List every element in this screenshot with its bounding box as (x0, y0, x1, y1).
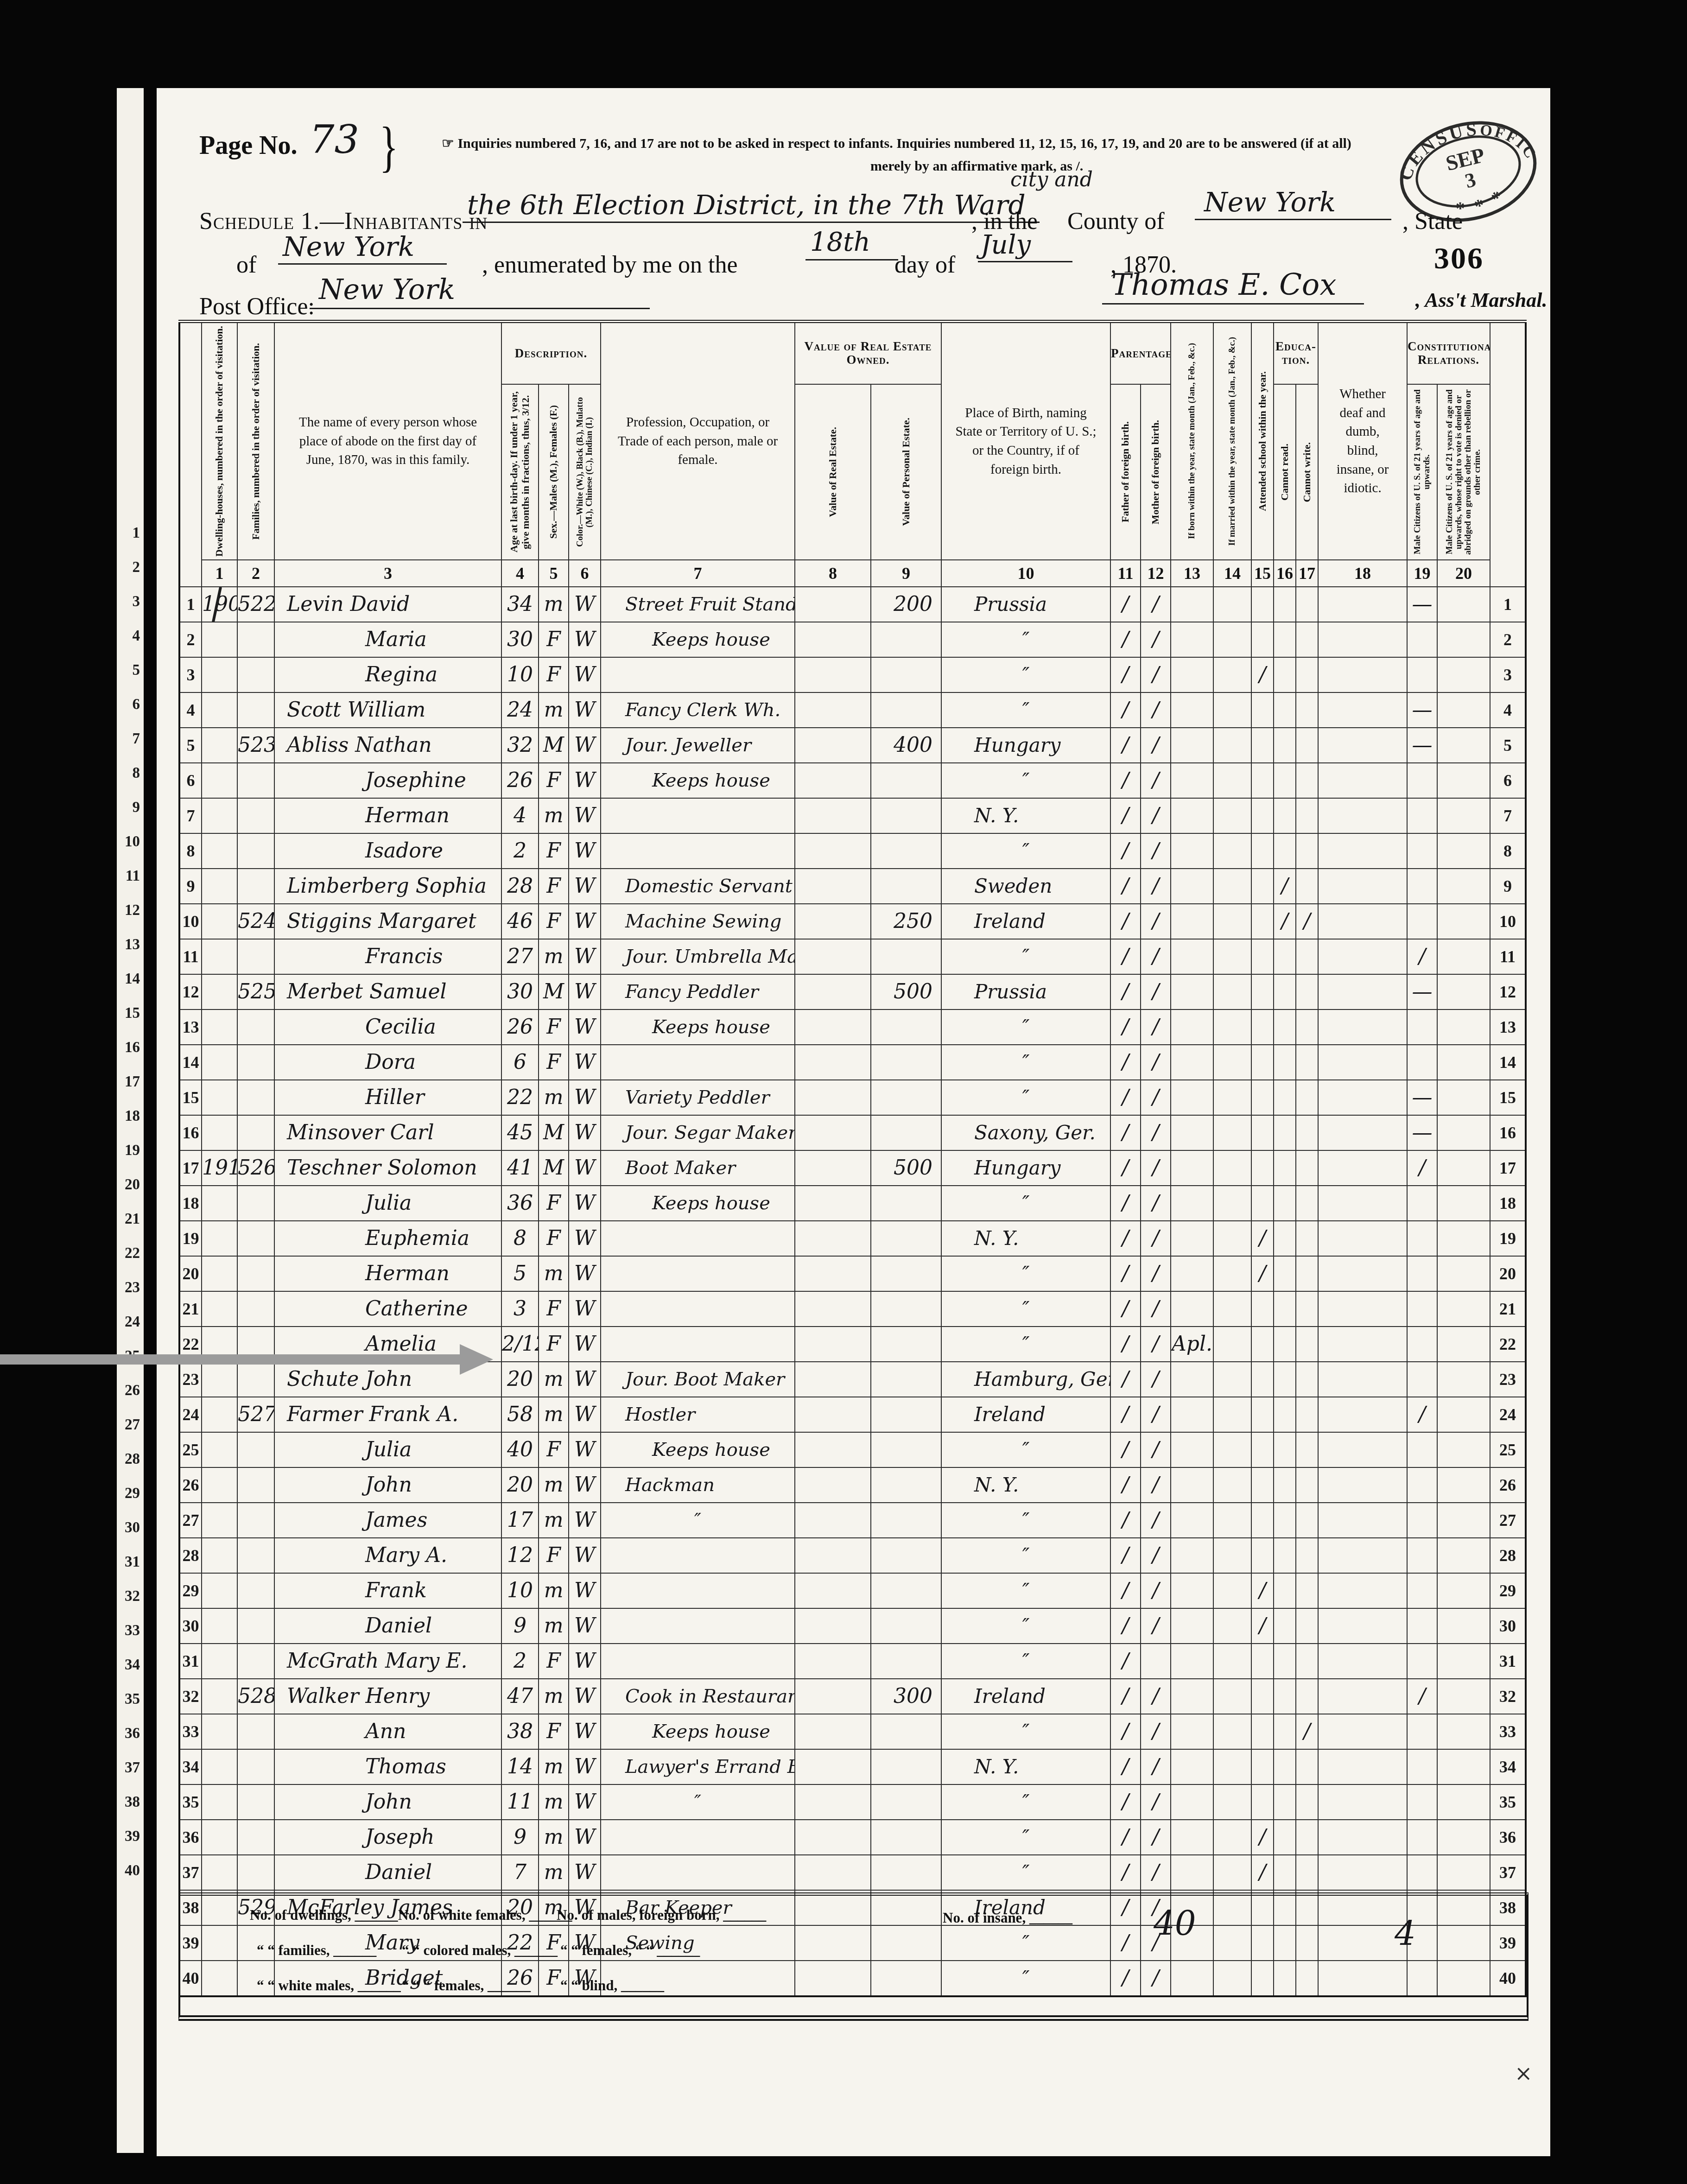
cell-mother-foreign: / (1141, 1749, 1171, 1784)
cell-name: Euphemia (274, 1221, 501, 1256)
cell-father-foreign: / (1110, 1644, 1141, 1679)
cell-birthplace: ″ (941, 657, 1110, 692)
cell-disability (1318, 904, 1407, 939)
cell-cannot-read (1274, 1679, 1296, 1714)
cell-color: W (569, 1150, 601, 1186)
cell-personal-estate (871, 1820, 941, 1855)
prev-page-row-number: 7 (133, 730, 140, 748)
cell-age: 14 (501, 1749, 539, 1784)
row-number-right: 9 (1490, 869, 1526, 904)
col-occupation-header: Profession, Occupation, or Trade of each… (601, 322, 795, 560)
cell-father-foreign: / (1110, 1397, 1141, 1432)
cell-age: 58 (501, 1397, 539, 1432)
cell-real-estate (795, 1503, 871, 1538)
cell-male-citizen (1407, 1467, 1437, 1503)
cell-birthplace: ″ (941, 1503, 1110, 1538)
cell-mother-foreign: / (1141, 1397, 1171, 1432)
cell-married-month (1213, 1327, 1251, 1362)
census-table: Dwelling-houses, numbered in the order o… (178, 320, 1527, 1997)
cell-vote-denied (1437, 692, 1490, 728)
cell-name: Maria (274, 622, 501, 657)
cell-age: 26 (501, 763, 539, 798)
cell-male-citizen: / (1407, 1150, 1437, 1186)
prev-page-row-number: 8 (133, 765, 140, 782)
cell-married-month (1213, 1221, 1251, 1256)
col-num: 14 (1213, 560, 1251, 587)
cell-male-citizen: / (1407, 939, 1437, 974)
row-number-left: 8 (179, 833, 202, 869)
cell-occupation: Keeps house (601, 1432, 795, 1467)
cell-occupation (601, 1045, 795, 1080)
cell-born-month (1171, 869, 1213, 904)
cell-name: Abliss Nathan (274, 728, 501, 763)
cell-real-estate (795, 1150, 871, 1186)
cell-cannot-read: / (1274, 904, 1296, 939)
cell-married-month (1213, 1291, 1251, 1327)
row-number-left: 9 (179, 869, 202, 904)
table-row: 28Mary A.12FW″//28 (179, 1538, 1526, 1573)
cell-male-citizen (1407, 833, 1437, 869)
cell-family: 523 (237, 728, 274, 763)
cell-mother-foreign: / (1141, 1714, 1171, 1749)
cell-age: 5 (501, 1256, 539, 1291)
cell-father-foreign: / (1110, 1749, 1141, 1784)
cell-born-month (1171, 1820, 1213, 1855)
cell-father-foreign: / (1110, 1538, 1141, 1573)
cell-cannot-write (1296, 798, 1318, 833)
cell-personal-estate (871, 1538, 941, 1573)
col-born-month-header: If born within the year, state month (Ja… (1171, 322, 1213, 560)
cell-male-citizen: — (1407, 587, 1437, 622)
cell-sex: m (539, 587, 569, 622)
cell-dwelling (202, 869, 237, 904)
cell-attended-school: / (1251, 1855, 1274, 1890)
cell-cannot-read (1274, 1327, 1296, 1362)
cell-attended-school (1251, 904, 1274, 939)
cell-mother-foreign: / (1141, 1538, 1171, 1573)
cell-disability (1318, 1150, 1407, 1186)
cell-sex: M (539, 728, 569, 763)
cell-male-citizen (1407, 869, 1437, 904)
table-row: 26John20mWHackmanN. Y.//26 (179, 1467, 1526, 1503)
cell-birthplace: ″ (941, 1080, 1110, 1115)
cell-name: James (274, 1503, 501, 1538)
cell-married-month (1213, 1256, 1251, 1291)
row-number-left: 33 (179, 1714, 202, 1749)
row-number-right: 12 (1490, 974, 1526, 1009)
cell-married-month (1213, 763, 1251, 798)
cell-personal-estate: 300 (871, 1679, 941, 1714)
cell-cannot-write (1296, 1855, 1318, 1890)
cell-disability (1318, 1186, 1407, 1221)
state-handwritten: New York (278, 231, 447, 265)
cell-sex: m (539, 1397, 569, 1432)
row-number-right: 6 (1490, 763, 1526, 798)
cell-age: 10 (501, 1573, 539, 1608)
cell-father-foreign: / (1110, 1467, 1141, 1503)
cell-born-month (1171, 657, 1213, 692)
cell-real-estate (795, 1221, 871, 1256)
cell-father-foreign: / (1110, 1608, 1141, 1644)
col-real-estate-header: Value of Real Estate. (795, 384, 871, 560)
cell-mother-foreign: / (1141, 1221, 1171, 1256)
cell-real-estate (795, 1080, 871, 1115)
cell-birthplace: ″ (941, 1256, 1110, 1291)
cell-birthplace: Ireland (941, 1397, 1110, 1432)
row-number-left: 12 (179, 974, 202, 1009)
cell-sex: m (539, 939, 569, 974)
table-row: 15Hiller22mWVariety Peddler″//—15 (179, 1080, 1526, 1115)
cell-name: Francis (274, 939, 501, 974)
cell-family (237, 1749, 274, 1784)
cell-real-estate (795, 1820, 871, 1855)
cell-name: Teschner Solomon (274, 1150, 501, 1186)
cell-mother-foreign: / (1141, 1045, 1171, 1080)
col-num: 4 (501, 560, 539, 587)
cell-color: W (569, 1327, 601, 1362)
cell-personal-estate (871, 763, 941, 798)
cell-age: 9 (501, 1820, 539, 1855)
cell-born-month (1171, 1855, 1213, 1890)
cell-vote-denied (1437, 1467, 1490, 1503)
cell-vote-denied (1437, 1503, 1490, 1538)
cell-family (237, 1784, 274, 1820)
cell-age: 24 (501, 692, 539, 728)
cell-cannot-read (1274, 1573, 1296, 1608)
cell-color: W (569, 1538, 601, 1573)
cell-married-month (1213, 1573, 1251, 1608)
cell-occupation (601, 833, 795, 869)
table-row: 8Isadore2FW″//8 (179, 833, 1526, 869)
cell-age: 32 (501, 728, 539, 763)
cell-male-citizen: — (1407, 692, 1437, 728)
cell-real-estate (795, 587, 871, 622)
cell-family: 527 (237, 1397, 274, 1432)
cell-cannot-write (1296, 1397, 1318, 1432)
prev-page-row-number: 38 (125, 1794, 140, 1811)
cell-disability (1318, 1679, 1407, 1714)
cell-married-month (1213, 1714, 1251, 1749)
cell-occupation (601, 1644, 795, 1679)
row-number-right: 32 (1490, 1679, 1526, 1714)
cell-family: 524 (237, 904, 274, 939)
row-number-right: 11 (1490, 939, 1526, 974)
cell-cannot-read (1274, 833, 1296, 869)
col-sex-header: Sex.—Males (M.), Females (F.) (539, 384, 569, 560)
cell-vote-denied (1437, 869, 1490, 904)
pointer-arrow-head (460, 1344, 493, 1375)
cell-born-month (1171, 1749, 1213, 1784)
cell-personal-estate (871, 1644, 941, 1679)
cell-male-citizen (1407, 763, 1437, 798)
cell-family (237, 1186, 274, 1221)
row-number-left: 15 (179, 1080, 202, 1115)
cell-age: 41 (501, 1150, 539, 1186)
cell-male-citizen (1407, 1538, 1437, 1573)
row-number-left: 34 (179, 1749, 202, 1784)
district-handwritten: the 6th Election District, in the 7th Wa… (463, 189, 1040, 223)
cell-birthplace: Prussia (941, 974, 1110, 1009)
cell-mother-foreign: / (1141, 974, 1171, 1009)
cell-cannot-write (1296, 1291, 1318, 1327)
cell-real-estate (795, 622, 871, 657)
cell-cannot-read (1274, 1784, 1296, 1820)
x-mark: × (1515, 2061, 1533, 2086)
prev-page-row-number: 33 (125, 1622, 140, 1639)
cell-dwelling (202, 1820, 237, 1855)
row-number-left: 32 (179, 1679, 202, 1714)
cell-father-foreign: / (1110, 1855, 1141, 1890)
cell-married-month (1213, 798, 1251, 833)
summary-footer: No. of dwellings, ______ No. of white fe… (178, 1892, 1528, 2021)
cell-attended-school (1251, 1045, 1274, 1080)
cell-color: W (569, 1009, 601, 1045)
cell-cannot-write (1296, 622, 1318, 657)
row-number-left: 19 (179, 1221, 202, 1256)
cell-vote-denied (1437, 1256, 1490, 1291)
cell-disability (1318, 939, 1407, 974)
cell-family (237, 1644, 274, 1679)
table-row: 10524Stiggins Margaret46FWMachine Sewing… (179, 904, 1526, 939)
cell-color: W (569, 1080, 601, 1115)
cell-sex: m (539, 1573, 569, 1608)
cell-born-month (1171, 1045, 1213, 1080)
prev-page-row-number: 24 (125, 1314, 140, 1331)
cell-sex: F (539, 1186, 569, 1221)
prev-page-row-number: 17 (125, 1073, 140, 1091)
cell-age: 26 (501, 1009, 539, 1045)
cell-color: W (569, 1362, 601, 1397)
cell-birthplace: ″ (941, 1855, 1110, 1890)
previous-page-edge: 1234567891011121314151617181920212223242… (117, 88, 144, 2153)
cell-name: Levin David (274, 587, 501, 622)
cell-real-estate (795, 1679, 871, 1714)
cell-married-month (1213, 1467, 1251, 1503)
cell-father-foreign: / (1110, 869, 1141, 904)
row-number-right: 16 (1490, 1115, 1526, 1150)
table-row: 11Francis27mWJour. Umbrella Maker″///11 (179, 939, 1526, 974)
cell-real-estate (795, 974, 871, 1009)
cell-male-citizen (1407, 1503, 1437, 1538)
cell-attended-school (1251, 622, 1274, 657)
prev-page-row-number: 1 (133, 525, 140, 542)
cell-birthplace: Hungary (941, 728, 1110, 763)
cell-vote-denied (1437, 1221, 1490, 1256)
cell-disability (1318, 1291, 1407, 1327)
cell-real-estate (795, 1327, 871, 1362)
cell-occupation (601, 798, 795, 833)
cell-sex: F (539, 869, 569, 904)
cell-dwelling (202, 1538, 237, 1573)
row-number-left: 29 (179, 1573, 202, 1608)
cell-married-month (1213, 974, 1251, 1009)
cell-disability (1318, 1362, 1407, 1397)
cell-age: 20 (501, 1467, 539, 1503)
cell-age: 7 (501, 1855, 539, 1890)
cell-occupation (601, 1820, 795, 1855)
cell-color: W (569, 1820, 601, 1855)
cell-personal-estate (871, 1256, 941, 1291)
table-row: 24527Farmer Frank A.58mWHostlerIreland//… (179, 1397, 1526, 1432)
cell-dwelling (202, 1362, 237, 1397)
cell-married-month (1213, 1362, 1251, 1397)
table-row: 34Thomas14mWLawyer's Errand BoyN. Y.//34 (179, 1749, 1526, 1784)
cell-male-citizen (1407, 1784, 1437, 1820)
cell-name: Thomas (274, 1749, 501, 1784)
cell-real-estate (795, 1115, 871, 1150)
group-description: Description. (501, 322, 601, 384)
table-row: 31McGrath Mary E.2FW″/31 (179, 1644, 1526, 1679)
cell-born-month (1171, 1538, 1213, 1573)
col-attended-school-header: Attended school within the year. (1251, 322, 1274, 560)
cell-father-foreign: / (1110, 1080, 1141, 1115)
col-cannot-write-header: Cannot write. (1296, 384, 1318, 560)
cell-occupation: ″ (601, 1503, 795, 1538)
cell-birthplace: Saxony, Ger. (941, 1115, 1110, 1150)
cell-age: 20 (501, 1362, 539, 1397)
cell-sex: F (539, 1538, 569, 1573)
census-office-stamp-icon: CENSUS OFFICE. SEP 3 * * * (1375, 85, 1561, 258)
col-name-header: The name of every person whose place of … (274, 322, 501, 560)
cell-cannot-read (1274, 1291, 1296, 1327)
cell-age: 34 (501, 587, 539, 622)
county-handwritten: New York (1195, 186, 1391, 220)
prev-page-row-number: 21 (125, 1211, 140, 1228)
cell-married-month (1213, 1503, 1251, 1538)
row-number-right: 14 (1490, 1045, 1526, 1080)
cell-personal-estate (871, 1784, 941, 1820)
cell-mother-foreign: / (1141, 1150, 1171, 1186)
cell-color: W (569, 974, 601, 1009)
table-row: 12525Merbet Samuel30MWFancy Peddler500Pr… (179, 974, 1526, 1009)
cell-birthplace: ″ (941, 1045, 1110, 1080)
row-number-left: 31 (179, 1644, 202, 1679)
cell-disability (1318, 1080, 1407, 1115)
cell-real-estate (795, 728, 871, 763)
cell-disability (1318, 692, 1407, 728)
cell-birthplace: ″ (941, 1291, 1110, 1327)
cell-name: Daniel (274, 1608, 501, 1644)
cell-occupation: Keeps house (601, 1009, 795, 1045)
cell-attended-school (1251, 1186, 1274, 1221)
cell-personal-estate: 400 (871, 728, 941, 763)
cell-personal-estate (871, 657, 941, 692)
cell-dwelling (202, 1573, 237, 1608)
cell-occupation: Lawyer's Errand Boy (601, 1749, 795, 1784)
cell-family (237, 798, 274, 833)
cell-mother-foreign: / (1141, 728, 1171, 763)
col-num: 16 (1274, 560, 1296, 587)
marshal-title: , Ass't Marshal. (1415, 288, 1547, 312)
row-number-right: 30 (1490, 1608, 1526, 1644)
table-row: 27James17mW″″//27 (179, 1503, 1526, 1538)
cell-real-estate (795, 763, 871, 798)
cell-father-foreign: / (1110, 1221, 1141, 1256)
cell-cannot-read (1274, 587, 1296, 622)
row-number-right: 36 (1490, 1820, 1526, 1855)
cell-family (237, 1045, 274, 1080)
cell-personal-estate: 200 (871, 587, 941, 622)
table-row: 13Cecilia26FWKeeps house″//13 (179, 1009, 1526, 1045)
summary-families: “ “ families, ______ (257, 1942, 376, 1959)
cell-disability (1318, 1855, 1407, 1890)
cell-name: Regina (274, 657, 501, 692)
cell-birthplace: ″ (941, 622, 1110, 657)
col-family-header: Families, numbered in the order of visit… (237, 322, 274, 560)
row-number-header-right (1490, 322, 1526, 587)
prev-page-row-number: 37 (125, 1759, 140, 1777)
cell-family (237, 1467, 274, 1503)
prev-page-row-number: 16 (125, 1039, 140, 1056)
cell-family (237, 1362, 274, 1397)
cell-disability (1318, 728, 1407, 763)
table-row: 7Herman4mWN. Y.//7 (179, 798, 1526, 833)
cell-birthplace: ″ (941, 1009, 1110, 1045)
summary-males-foreign: No. of males, foreign born, ______ (557, 1907, 766, 1924)
cell-married-month (1213, 1186, 1251, 1221)
cell-age: 9 (501, 1608, 539, 1644)
cell-male-citizen (1407, 657, 1437, 692)
cell-name: Josephine (274, 763, 501, 798)
cell-name: Limberberg Sophia (274, 869, 501, 904)
cell-occupation (601, 1573, 795, 1608)
cell-sex: F (539, 657, 569, 692)
cell-age: 36 (501, 1186, 539, 1221)
cell-cannot-write (1296, 1467, 1318, 1503)
cell-color: W (569, 728, 601, 763)
cell-father-foreign: / (1110, 1784, 1141, 1820)
cell-disability (1318, 1115, 1407, 1150)
cell-personal-estate (871, 1573, 941, 1608)
cell-occupation (601, 1256, 795, 1291)
cell-father-foreign: / (1110, 1679, 1141, 1714)
cell-family (237, 1115, 274, 1150)
cell-cannot-write (1296, 869, 1318, 904)
cell-sex: F (539, 622, 569, 657)
table-row: 3Regina10FW″///3 (179, 657, 1526, 692)
row-number-right: 7 (1490, 798, 1526, 833)
cell-real-estate (795, 1714, 871, 1749)
cell-birthplace: ″ (941, 1432, 1110, 1467)
col-married-month-header: If married within the year, state month … (1213, 322, 1251, 560)
cell-disability (1318, 1467, 1407, 1503)
cell-birthplace: Prussia (941, 587, 1110, 622)
cell-cannot-read (1274, 1221, 1296, 1256)
cell-attended-school: / (1251, 1608, 1274, 1644)
cell-real-estate (795, 798, 871, 833)
post-office-handwritten: New York (310, 273, 650, 309)
row-number-right: 27 (1490, 1503, 1526, 1538)
table-row: 19Euphemia8FWN. Y.///19 (179, 1221, 1526, 1256)
cell-attended-school: / (1251, 1573, 1274, 1608)
cell-dwelling (202, 1714, 237, 1749)
cell-attended-school: / (1251, 1221, 1274, 1256)
cell-name: John (274, 1784, 501, 1820)
cell-family (237, 622, 274, 657)
cell-real-estate (795, 1538, 871, 1573)
cell-dwelling (202, 622, 237, 657)
cell-color: W (569, 869, 601, 904)
cell-age: 45 (501, 1115, 539, 1150)
row-number-left: 27 (179, 1503, 202, 1538)
cell-name: Mary A. (274, 1538, 501, 1573)
cell-male-citizen (1407, 1186, 1437, 1221)
cell-occupation (601, 1855, 795, 1890)
cell-mother-foreign: / (1141, 869, 1171, 904)
cell-mother-foreign: / (1141, 1679, 1171, 1714)
cell-occupation: Keeps house (601, 763, 795, 798)
cell-married-month (1213, 1080, 1251, 1115)
